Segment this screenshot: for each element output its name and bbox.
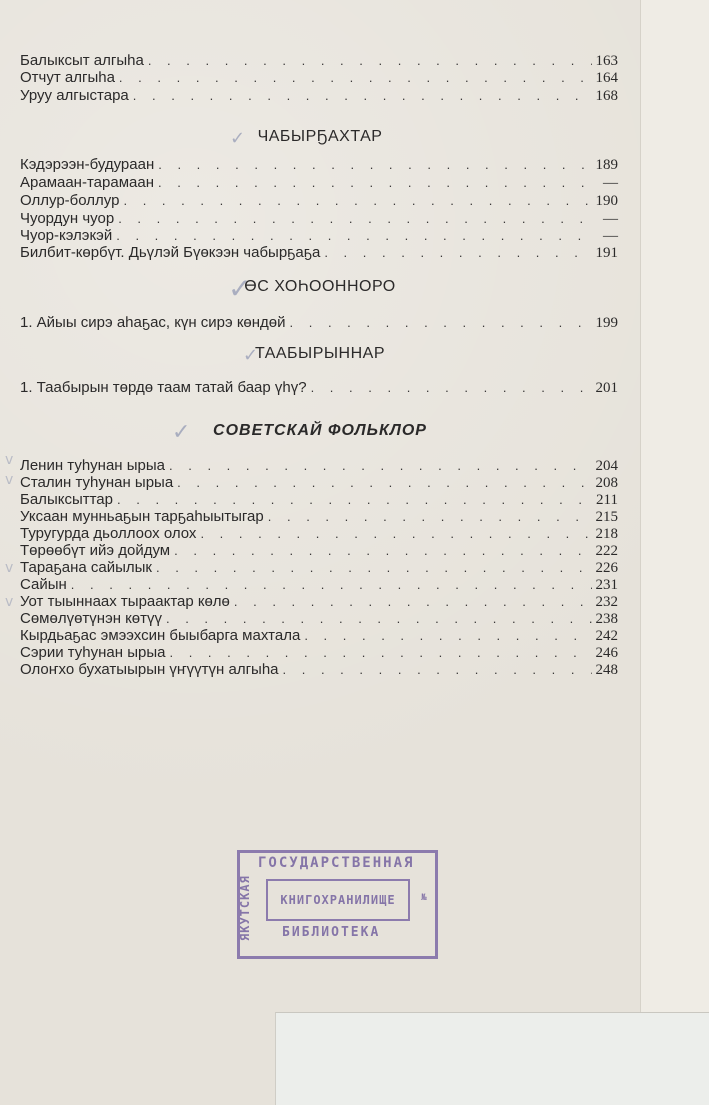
entry-page: 215	[592, 509, 618, 525]
pencil-check-icon: ✓	[230, 128, 245, 149]
toc-entry: Балыксыттар 211	[20, 492, 618, 508]
dot-leader	[177, 475, 592, 491]
dot-leader	[268, 509, 592, 525]
toc-entry: Чуордун чуор —	[20, 211, 618, 227]
dot-leader	[304, 628, 592, 644]
stamp-bottom-text: БИБЛИОТЕКА	[282, 925, 380, 940]
entry-title: 1. Таабырын төрдө таам татай баар үһү?	[20, 380, 311, 396]
entry-page: 164	[592, 70, 618, 86]
dot-leader	[174, 543, 592, 559]
entry-title: Чуордун чуор	[20, 211, 118, 227]
toc-entry: Уруу алгыстара 168	[20, 88, 618, 104]
entry-title: Туругурда дьоллоох олох	[20, 526, 200, 542]
entry-title: 1. Айыы сирэ аһаҕас, күн сирэ көндөй	[20, 315, 290, 331]
stamp-top-text: ГОСУДАРСТВЕННАЯ	[258, 855, 414, 871]
entry-title: Сөмөлүөтүнэн көтүү	[20, 611, 166, 627]
dot-leader	[71, 577, 592, 593]
entry-title: Арамаан-тарамаан	[20, 175, 158, 191]
toc-entry: Сайын 231	[20, 577, 618, 593]
dot-leader	[169, 458, 592, 474]
entry-page: 218	[592, 526, 618, 542]
entry-page: —	[592, 228, 618, 244]
section-heading-sovetskai-folklor: СОВЕТСКАЙ ФОЛЬКЛОР	[0, 422, 640, 440]
entry-title: Уксаан мунньаҕын тарҕаһыытыгар	[20, 509, 268, 525]
dot-leader	[148, 53, 592, 69]
margin-check-icon: v	[5, 472, 13, 488]
entry-page: 246	[592, 645, 618, 661]
toc-entry: Оллур-боллур 190	[20, 193, 618, 209]
pencil-check-icon: ✓	[228, 272, 251, 305]
entry-page: 204	[592, 458, 618, 474]
entry-title: Олоҥхо бухатыырын үҥүүтүн алгыһа	[20, 662, 283, 678]
stamp-middle-text: КНИГОХРАНИЛИЩЕ	[280, 893, 395, 907]
margin-check-icon: v	[5, 452, 13, 468]
toc-entry: Уксаан мунньаҕын тарҕаһыытыгар 215	[20, 509, 618, 525]
entry-page: 231	[592, 577, 618, 593]
dot-leader	[283, 662, 592, 678]
entry-title: Сайын	[20, 577, 71, 593]
toc-entry: Олоҥхо бухатыырын үҥүүтүн алгыһа 248	[20, 662, 618, 678]
entry-title: Кэдэрээн-будураан	[20, 157, 158, 173]
margin-check-icon: v	[5, 560, 13, 576]
pencil-check-icon: ✓	[243, 345, 258, 366]
entry-page: 201	[592, 380, 618, 396]
section-heading-chabyrgakhtar: ЧАБЫРҔАХТАР	[0, 128, 640, 146]
dot-leader	[234, 594, 592, 610]
toc-entry: Сөмөлүөтүнэн көтүү 238	[20, 611, 618, 627]
toc-entry: 1. Таабырын төрдө таам татай баар үһү? 2…	[20, 380, 618, 396]
entry-page: 168	[592, 88, 618, 104]
entry-page: 163	[592, 53, 618, 69]
entry-title: Ленин туһунан ырыа	[20, 458, 169, 474]
toc-entry: Балыксыт алгыһа 163	[20, 53, 618, 69]
entry-title: Тараҕана сайылык	[20, 560, 156, 576]
entry-page: 232	[592, 594, 618, 610]
dot-leader	[116, 228, 592, 244]
toc-entry: Сталин туһунан ырыа 208	[20, 475, 618, 491]
entry-page: 208	[592, 475, 618, 491]
toc-entry: Чуор-кэлэкэй —	[20, 228, 618, 244]
entry-page: —	[592, 175, 618, 191]
entry-page: 199	[592, 315, 618, 331]
pencil-check-icon: ✓	[172, 420, 190, 445]
dot-leader	[158, 157, 592, 173]
entry-title: Отчут алгыһа	[20, 70, 119, 86]
section-heading-os-khohoonnoro: ӨС ХОҺООННОРО	[0, 278, 640, 296]
entry-title: Төрөөбүт ийэ дойдум	[20, 543, 174, 559]
toc-entry: Төрөөбүт ийэ дойдум 222	[20, 543, 618, 559]
entry-title: Чуор-кэлэкэй	[20, 228, 116, 244]
entry-page: 191	[592, 245, 618, 261]
entry-page: 189	[592, 157, 618, 173]
toc-entry: Арамаан-тарамаан —	[20, 175, 618, 191]
entry-page: 238	[592, 611, 618, 627]
adjacent-page-edge	[640, 0, 709, 1105]
dot-leader	[166, 611, 592, 627]
dot-leader	[200, 526, 592, 542]
toc-entry: Сэрии туһунан ырыа 246	[20, 645, 618, 661]
toc-entry: 1. Айыы сирэ аһаҕас, күн сирэ көндөй 199	[20, 315, 618, 331]
entry-title: Уот тыыннаах тыраактар көлө	[20, 594, 234, 610]
margin-check-icon: v	[5, 594, 13, 610]
toc-entry: Туругурда дьоллоох олох 218	[20, 526, 618, 542]
entry-title: Сталин туһунан ырыа	[20, 475, 177, 491]
dot-leader	[290, 315, 593, 331]
entry-title: Уруу алгыстара	[20, 88, 133, 104]
dot-leader	[156, 560, 592, 576]
toc-entry: Уот тыыннаах тыраактар көлө 232	[20, 594, 618, 610]
dot-leader	[119, 70, 592, 86]
dot-leader	[118, 211, 592, 227]
entry-page: 190	[592, 193, 618, 209]
entry-page: 226	[592, 560, 618, 576]
stamp-side-text: ЯКУТСКАЯ	[238, 875, 252, 941]
dot-leader	[324, 245, 592, 261]
dot-leader	[133, 88, 592, 104]
library-stamp: ГОСУДАРСТВЕННАЯ КНИГОХРАНИЛИЩЕ БИБЛИОТЕК…	[237, 850, 438, 959]
overlapping-sheet	[275, 1012, 709, 1105]
stamp-inner-box: КНИГОХРАНИЛИЩЕ	[266, 879, 410, 921]
entry-title: Оллур-боллур	[20, 193, 123, 209]
toc-entry: Кырдьаҕас эмээхсин быыбарга махтала 242	[20, 628, 618, 644]
entry-title: Билбит-көрбүт. Дьүлэй Бүөкээн чабырҕаҕа	[20, 245, 324, 261]
dot-leader	[117, 492, 592, 508]
entry-title: Кырдьаҕас эмээхсин быыбарга махтала	[20, 628, 304, 644]
dot-leader	[169, 645, 592, 661]
section-heading-taabyrynnar: ТААБЫРЫННАР	[0, 345, 640, 363]
stamp-number-mark: №	[419, 893, 429, 903]
entry-page: 242	[592, 628, 618, 644]
entry-page: 211	[592, 492, 618, 508]
toc-entry: Кэдэрээн-будураан 189	[20, 157, 618, 173]
entry-title: Балыксыт алгыһа	[20, 53, 148, 69]
dot-leader	[123, 193, 592, 209]
entry-page: 222	[592, 543, 618, 559]
toc-entry: Тараҕана сайылык 226	[20, 560, 618, 576]
entry-title: Сэрии туһунан ырыа	[20, 645, 169, 661]
dot-leader	[158, 175, 592, 191]
dot-leader	[311, 380, 592, 396]
entry-page: 248	[592, 662, 618, 678]
entry-title: Балыксыттар	[20, 492, 117, 508]
toc-entry: Ленин туһунан ырыа 204	[20, 458, 618, 474]
toc-entry: Билбит-көрбүт. Дьүлэй Бүөкээн чабырҕаҕа …	[20, 245, 618, 261]
entry-page: —	[592, 211, 618, 227]
toc-entry: Отчут алгыһа 164	[20, 70, 618, 86]
